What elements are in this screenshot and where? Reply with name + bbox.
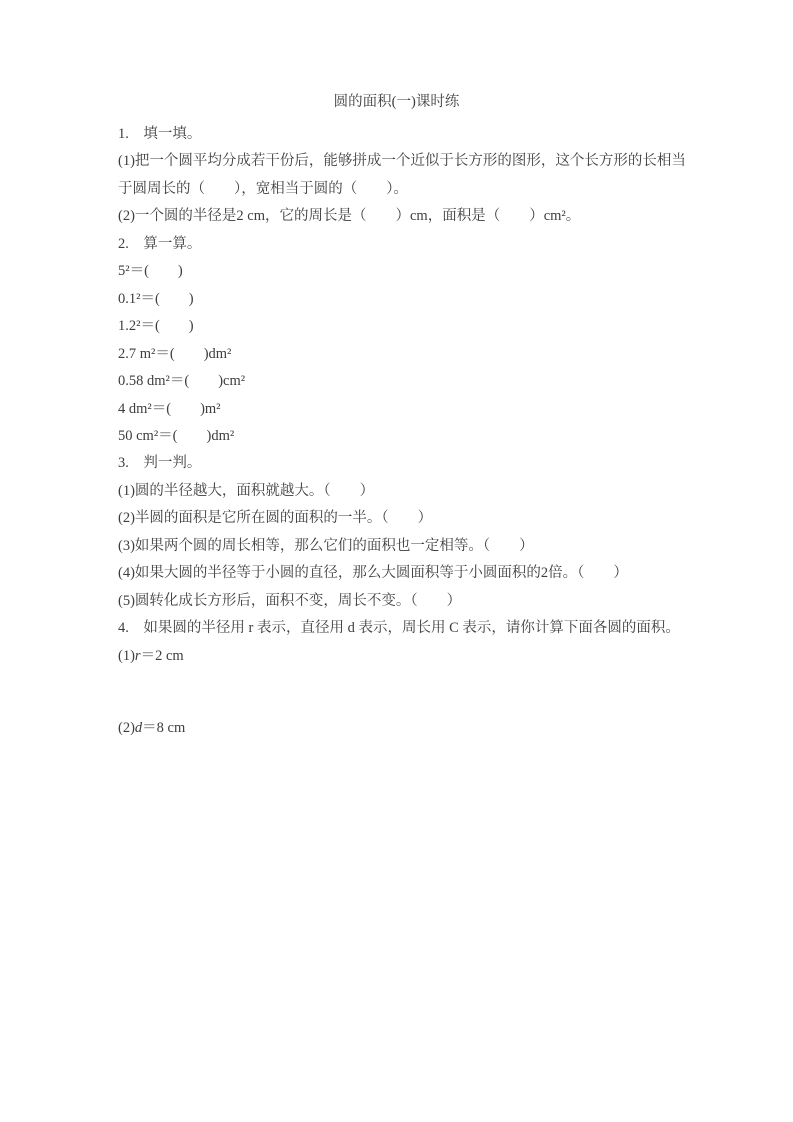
q3-heading: 3. 判一判。 xyxy=(118,450,738,477)
q4-heading: 4. 如果圆的半径用 r 表示，直径用 d 表示，周长用 C 表示，请你计算下面… xyxy=(118,615,738,642)
q4-item1-value: ＝2 cm xyxy=(141,648,184,664)
q4-item1: (1)r＝2 cm xyxy=(118,643,738,670)
worksheet-page: 圆的面积(一)课时练 1. 填一填。 (1)把一个圆平均分成若干份后，能够拼成一… xyxy=(0,0,793,1122)
q4-item1-prefix: (1) xyxy=(118,648,135,664)
q1-item1-line1: (1)把一个圆平均分成若干份后，能够拼成一个近似于长方形的图形，这个长方形的长相… xyxy=(118,148,738,175)
q3-statement-3: (3)如果两个圆的周长相等，那么它们的面积也一定相等。（ ） xyxy=(118,533,738,560)
q1-item2: (2)一个圆的半径是2 cm，它的周长是（ ）cm，面积是（ ）cm²。 xyxy=(118,203,738,230)
q4-item2-value: ＝8 cm xyxy=(142,720,185,736)
answer-workspace xyxy=(118,670,738,715)
q2-equation-4: 2.7 m²＝( )dm² xyxy=(118,341,738,368)
q4-item2-prefix: (2) xyxy=(118,720,135,736)
worksheet-body: 1. 填一填。 (1)把一个圆平均分成若干份后，能够拼成一个近似于长方形的图形，… xyxy=(118,121,738,743)
q2-equation-1: 5²＝( ) xyxy=(118,258,738,285)
q3-statement-5: (5)圆转化成长方形后，面积不变，周长不变。（ ） xyxy=(118,588,738,615)
q2-heading: 2. 算一算。 xyxy=(118,231,738,258)
page-title: 圆的面积(一)课时练 xyxy=(0,89,793,117)
q2-equation-2: 0.1²＝( ) xyxy=(118,286,738,313)
q2-equation-5: 0.58 dm²＝( )cm² xyxy=(118,368,738,395)
q3-statement-1: (1)圆的半径越大，面积就越大。（ ） xyxy=(118,478,738,505)
q1-item1-line2: 于圆周长的（ ），宽相当于圆的（ ）。 xyxy=(118,176,738,203)
q2-equation-7: 50 cm²＝( )dm² xyxy=(118,423,738,450)
q1-heading: 1. 填一填。 xyxy=(118,121,738,148)
q2-equation-6: 4 dm²＝( )m² xyxy=(118,396,738,423)
q4-item2: (2)d＝8 cm xyxy=(118,715,738,742)
q3-statement-4: (4)如果大圆的半径等于小圆的直径，那么大圆面积等于小圆面积的2倍。（ ） xyxy=(118,560,738,587)
q3-statement-2: (2)半圆的面积是它所在圆的面积的一半。（ ） xyxy=(118,505,738,532)
q2-equation-3: 1.2²＝( ) xyxy=(118,313,738,340)
